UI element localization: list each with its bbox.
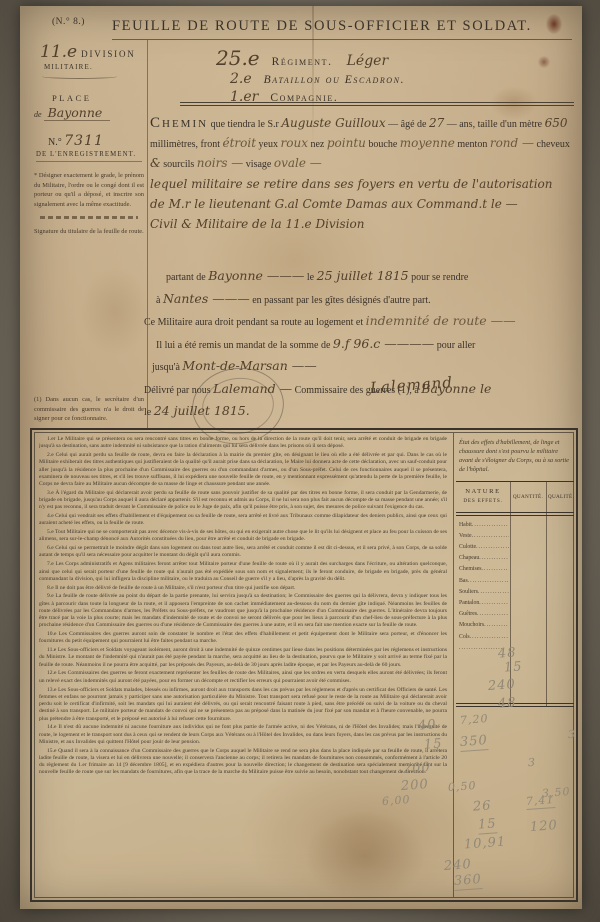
until-line: jusqu'à Mont-de-Marsan —— — [144, 356, 580, 379]
print-text: — âgé de — [388, 119, 426, 130]
effect-row: Chapeau — [459, 553, 509, 564]
regulations-box: 1.er Le Militaire qui se présentera ou s… — [30, 428, 578, 902]
chin-value: rond — — [490, 136, 534, 150]
column-divider — [453, 433, 454, 897]
signature-caption: Signature du titulaire de la feuille de … — [34, 227, 144, 237]
mouth-value: moyenne — [400, 136, 455, 150]
print-text: en passant par les gîtes désignés d'autr… — [252, 295, 430, 306]
print-text: yeux — [259, 139, 278, 150]
authorization-clause-2: de M.r le lieutenant G.al Comte Damas au… — [150, 194, 578, 214]
regulation-paragraph: 8.e Il ne doit pas être délivré de feuil… — [39, 585, 447, 592]
mandate-line: Il lui a été remis un mandat de la somme… — [144, 334, 580, 357]
division-number: 11.e — [40, 42, 77, 62]
flourish-rule — [42, 74, 117, 79]
print-text: menton — [457, 139, 487, 150]
battalion-label: Bataillon ou Escadron. — [264, 74, 405, 86]
regulation-paragraph: 9.e La feuille de route délivrée au poin… — [39, 593, 447, 629]
hair-value: noirs — — [197, 156, 244, 170]
print-text: sourcils — [163, 159, 194, 170]
chemin-lead: Chemin — [150, 115, 208, 131]
registration-label: DE L'ENREGISTREMENT. — [36, 151, 142, 162]
division-label: DIVISION — [81, 49, 135, 59]
authorization-clause-1: lequel militaire se retire dans ses foye… — [150, 174, 578, 194]
print-text: pour se rendre — [411, 272, 468, 283]
place-line: de Bayonne — [34, 105, 144, 120]
battalion-number: 2.e — [230, 71, 252, 87]
form-number: (N.° 8.) — [52, 17, 85, 27]
effect-row: Cols — [459, 632, 509, 643]
effect-row: Culotte — [459, 542, 509, 553]
effect-row: Mouchoirs — [459, 620, 509, 631]
print-text: jusqu'à — [152, 362, 180, 373]
print-text: millimètres, front — [150, 139, 220, 150]
title-rule — [112, 39, 572, 40]
nose-value: pointu — [327, 136, 366, 150]
regiment-number: 25.e — [216, 46, 260, 70]
regulation-paragraph: 12.e Les Commissaires des guerres se fer… — [39, 670, 447, 685]
division-sublabel: MILITAIRE. — [44, 63, 144, 71]
print-text: Ce Militaire aura droit pendant sa route… — [144, 317, 363, 328]
eyes-value: roux — [281, 136, 308, 150]
squiggle-divider — [40, 216, 138, 219]
document-paper: (N.° 8.) FEUILLE DE ROUTE DE SOUS-OFFICI… — [20, 6, 582, 909]
height-value: 650 — [545, 116, 568, 130]
regulation-paragraph: 2.e Celui qui aurait perdu sa feuille de… — [39, 452, 447, 488]
pencil-note: 240 — [488, 677, 517, 694]
regulation-paragraph: 11.e Les Sous-officiers et Soldats voyag… — [39, 647, 447, 669]
print-text: — ans, taille d'un mètre — [447, 119, 542, 130]
registration-number-label: N.° — [48, 137, 62, 148]
regiment-name: Léger — [347, 53, 389, 69]
sidebar-footnote: (1) Dans aucun cas, le secrétaire d'un c… — [34, 395, 144, 424]
pencil-note: 0,50 — [448, 779, 477, 794]
unit-block: 25.e Régiment. Léger 2.e Bataillon ou Es… — [216, 46, 574, 106]
regulation-paragraph: 6.e Celui qui se permettrait le moindre … — [39, 545, 447, 560]
soldier-name: Auguste Guilloux — [281, 116, 385, 130]
regulation-paragraph: 5.e Tout Militaire qui ne se comporterai… — [39, 529, 447, 544]
regulation-paragraph: 10.e Les Commissaires des guerres auront… — [39, 631, 447, 646]
pencil-note: 7,20 — [460, 712, 489, 727]
sidebar: 11.e DIVISION MILITAIRE. PLACE de Bayonn… — [34, 42, 144, 424]
departure-line: partant de Bayonne ——— le 25 juillet 181… — [144, 266, 580, 289]
destination-place: Nantes ——— — [163, 291, 250, 306]
nature-label: NATURE — [465, 488, 501, 495]
pencil-note: 48 — [497, 695, 517, 711]
place-de: de — [34, 110, 42, 119]
regulation-paragraph: 13.e Les Sous-officiers et Soldats malad… — [39, 687, 447, 723]
print-text: à — [156, 295, 160, 306]
pencil-note: 26 — [472, 798, 492, 814]
effect-row: Chemises — [459, 564, 509, 575]
authorization-clause-3: Civil & Militaire de la 11.e Division — [150, 214, 578, 234]
print-text: pour aller — [437, 340, 476, 351]
departure-place: Bayonne ——— — [208, 268, 304, 283]
table-header-rule — [456, 512, 574, 516]
effect-row: Souliers — [459, 587, 509, 598]
regulation-paragraph: 7.e Les Corps administratifs et Agens mi… — [39, 561, 447, 583]
pencil-note: 6,00 — [382, 793, 411, 808]
print-text: cheveux — [537, 139, 570, 150]
pencil-note: 350 — [459, 733, 488, 752]
pencil-note: 3 — [568, 728, 577, 742]
lodging-line: Ce Militaire aura droit pendant sa route… — [144, 311, 580, 334]
effect-row: Bas — [459, 576, 509, 587]
mandate-sum: 9.f 96.c ———— — [333, 336, 434, 351]
pencil-note: 15 — [477, 816, 497, 834]
face-value: ovale — — [274, 156, 322, 170]
pencil-note: 200 — [403, 760, 432, 777]
print-text: que tiendra le S.r — [211, 119, 279, 130]
effect-row: Habit — [459, 520, 509, 531]
nature-sublabel: DES EFFETS. — [463, 498, 502, 504]
column-header-nature: NATURE DES EFFETS. — [458, 487, 508, 507]
regulation-paragraph: 3.e À l'égard du Militaire qui déclarera… — [39, 490, 447, 512]
unit-double-rule — [180, 102, 574, 106]
pencil-note: 15 — [503, 659, 523, 675]
pencil-note: 7,41 — [526, 793, 555, 810]
regulation-paragraph: 15.e Quand il sera à la connaissance d'u… — [39, 748, 447, 777]
photograph-background: (N.° 8.) FEUILLE DE ROUTE DE SOUS-OFFICI… — [0, 0, 600, 922]
print-text: partant de — [166, 272, 206, 283]
registration-number-value: 7311 — [64, 133, 104, 149]
battalion-line: 2.e Bataillon ou Escadron. — [216, 70, 574, 88]
departure-date: 25 juillet 1815 — [317, 268, 409, 283]
pencil-note: 200 — [401, 777, 430, 794]
document-title: FEUILLE DE ROUTE DE SOUS-OFFICIER ET SOL… — [112, 18, 574, 35]
regulation-paragraph: 14.e Il n'est dû aucune indemnité ni auc… — [39, 724, 447, 746]
regulations-text: 1.er Le Militaire qui se présentera ou s… — [39, 436, 447, 896]
column-header-quantity: QUANTITÉ. — [511, 494, 545, 500]
print-text: visage — [246, 159, 272, 170]
ampersand: & — [150, 156, 161, 170]
print-text: nez — [310, 139, 324, 150]
regulation-paragraph: 1.er Le Militaire qui se présentera ou s… — [39, 436, 447, 451]
chemin-paragraph: Chemin que tiendra le S.r Auguste Guillo… — [150, 114, 578, 234]
effect-row: Guêtres — [459, 609, 509, 620]
pencil-note: 40 — [417, 717, 437, 733]
effect-row: Pantalon — [459, 598, 509, 609]
place-value: Bayonne — [44, 105, 111, 121]
column-header-quality: QUALITÉ. — [547, 494, 575, 500]
front-value: étroit — [223, 136, 257, 150]
print-text: le — [144, 407, 151, 418]
print-text: Il lui a été remis un mandat de la somme… — [156, 340, 330, 351]
pencil-note: 120 — [530, 818, 559, 835]
division-line: 11.e DIVISION — [40, 42, 144, 62]
regiment-label: Régiment. — [272, 56, 333, 68]
regulation-paragraph: 4.e Celui qui vendrait ses effets d'habi… — [39, 513, 447, 528]
effect-row: Veste — [459, 531, 509, 542]
sidebar-note: * Désigner exactement le grade, le préno… — [34, 171, 144, 209]
print-text: bouche — [368, 139, 397, 150]
regiment-line: 25.e Régiment. Léger — [216, 46, 574, 70]
effects-header: État des effets d'habillement, de linge … — [456, 436, 574, 479]
print-text: le — [307, 272, 314, 283]
age-value: 27 — [429, 116, 444, 130]
pencil-note: 240 — [444, 857, 473, 874]
effect-rows: HabitVesteCulotteChapeauChemisesBasSouli… — [459, 520, 509, 654]
pencil-note: 10,91 — [464, 835, 507, 853]
place-label: PLACE — [52, 93, 144, 103]
lodging-hand: indemnité de route —— — [366, 313, 516, 328]
destination-line: à Nantes ——— en passant par les gîtes dé… — [144, 289, 580, 312]
pencil-note: 360 — [453, 872, 482, 891]
registration-number-line: N.° 7311 — [48, 133, 144, 149]
pencil-note: 15 — [423, 736, 443, 752]
pencil-note: 3 — [528, 756, 537, 770]
